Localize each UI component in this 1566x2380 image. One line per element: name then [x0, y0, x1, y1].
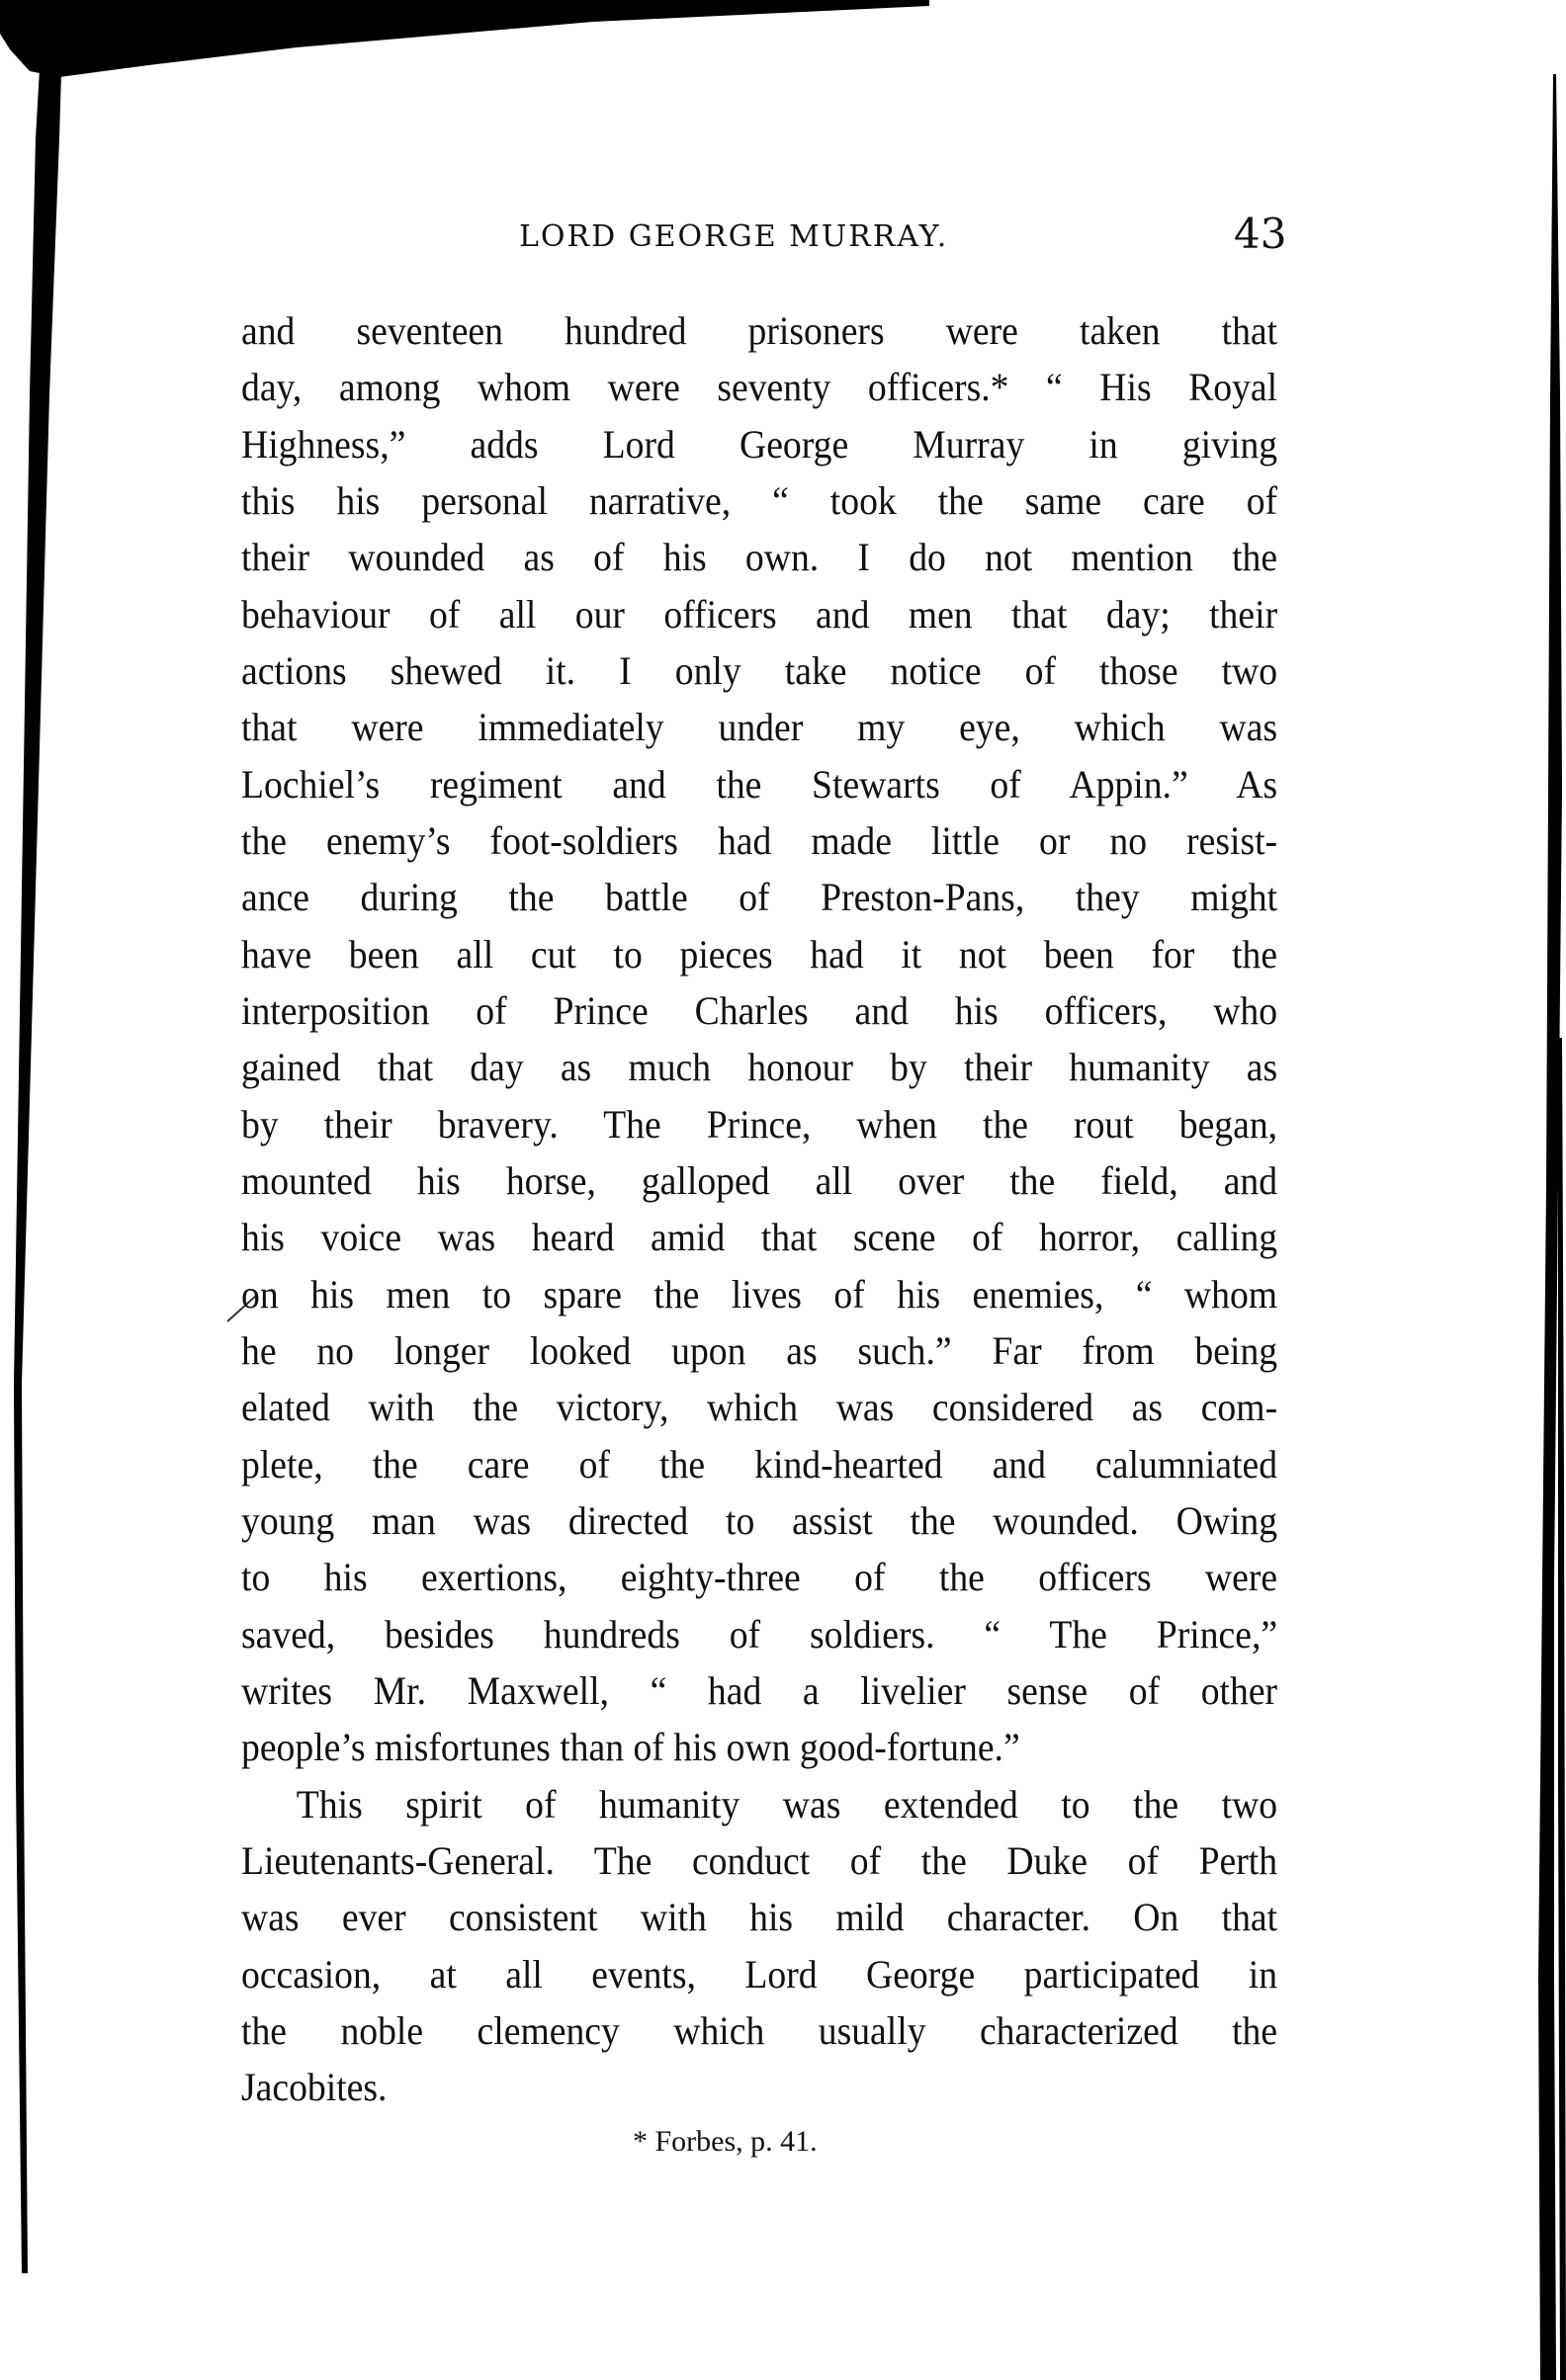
text-line: ance during the battle of Preston-Pans, … [241, 873, 1277, 922]
text-line: his voice was heard amid that scene of h… [241, 1213, 1277, 1262]
text-line: was ever consistent with his mild charac… [241, 1893, 1277, 1942]
text-line: to his exertions, eighty-three of the of… [241, 1553, 1277, 1602]
text-line: day, among whom were seventy officers.* … [241, 363, 1277, 412]
page-number: 43 [1234, 210, 1286, 258]
text-line: Jacobites. [241, 2063, 1277, 2112]
text-line: Lieutenants-General. The conduct of the … [241, 1836, 1277, 1886]
text-line: actions shewed it. I only take notice of… [241, 646, 1277, 696]
text-line: behaviour of all our officers and men th… [241, 590, 1277, 639]
text-line: occasion, at all events, Lord George par… [241, 1950, 1277, 1999]
text-line: have been all cut to pieces had it not b… [241, 930, 1277, 979]
text-line: he no longer looked upon as such.” Far f… [241, 1326, 1277, 1376]
text-line: people’s misfortunes than of his own goo… [241, 1723, 1277, 1772]
text-line: their wounded as of his own. I do not me… [241, 533, 1277, 582]
text-line: writes Mr. Maxwell, “ had a livelier sen… [241, 1666, 1277, 1716]
text-line: plete, the care of the kind-hearted and … [241, 1440, 1277, 1489]
text-line: on his men to spare the lives of his ene… [241, 1270, 1277, 1319]
text-line: the enemy’s foot-soldiers had made littl… [241, 816, 1277, 866]
text-line: Highness,” adds Lord George Murray in gi… [241, 420, 1277, 469]
text-line: mounted his horse, galloped all over the… [241, 1156, 1277, 1206]
running-title: LORD GEORGE MURRAY. [519, 219, 948, 254]
text-line: by their bravery. The Prince, when the r… [241, 1100, 1277, 1149]
text-line: gained that day as much honour by their … [241, 1043, 1277, 1092]
text-line: and seventeen hundred prisoners were tak… [241, 306, 1277, 356]
text-line: elated with the victory, which was consi… [241, 1383, 1277, 1432]
text-line: the noble clemency which usually charact… [241, 2006, 1277, 2056]
text-line: saved, besides hundreds of soldiers. “ T… [241, 1610, 1277, 1659]
footnote: * Forbes, p. 41. [633, 2125, 818, 2159]
book-page: LORD GEORGE MURRAY. 43 and seventeen hun… [0, 0, 1566, 2380]
text-line: that were immediately under my eye, whic… [241, 703, 1277, 752]
text-line: This spirit of humanity was extended to … [241, 1780, 1277, 1829]
text-line: young man was directed to assist the wou… [241, 1496, 1277, 1546]
text-line: interposition of Prince Charles and his … [241, 986, 1277, 1036]
text-line: this his personal narrative, “ took the … [241, 476, 1277, 526]
text-line: Lochiel’s regiment and the Stewarts of A… [241, 760, 1277, 809]
